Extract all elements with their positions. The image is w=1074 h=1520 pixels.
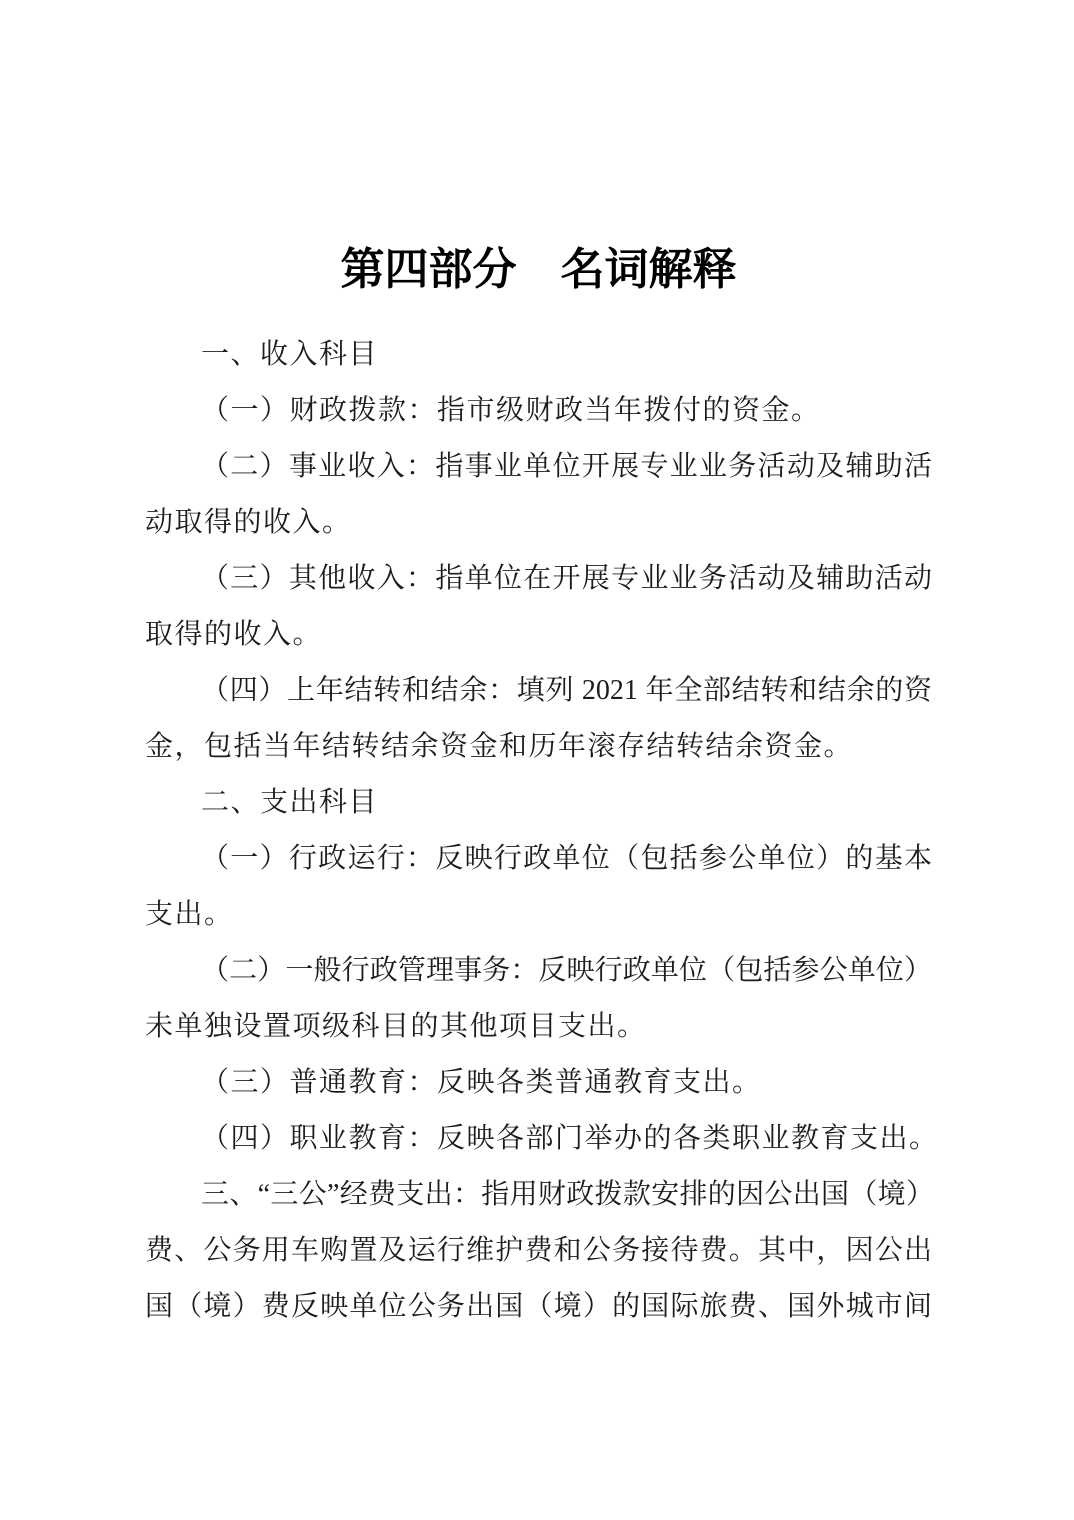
- document-page: 第四部分 名词解释 一、收入科目 （一）财政拨款：指市级财政当年拨付的资金。 （…: [0, 0, 1074, 1520]
- document-title: 第四部分 名词解释: [145, 246, 932, 294]
- document-line: （二）一般行政管理事务：反映行政单位（包括参公单位）: [145, 943, 932, 999]
- document-body: 一、收入科目 （一）财政拨款：指市级财政当年拨付的资金。 （二）事业收入：指事业…: [145, 327, 932, 1335]
- document-line: （二）事业收入：指事业单位开展专业业务活动及辅助活: [145, 439, 932, 495]
- document-line: （一）行政运行：反映行政单位（包括参公单位）的基本: [145, 831, 932, 887]
- document-line: 金，包括当年结转结余资金和历年滚存结转结余资金。: [145, 719, 932, 775]
- document-line: 一、收入科目: [145, 327, 932, 383]
- document-line: （三）其他收入：指单位在开展专业业务活动及辅助活动: [145, 551, 932, 607]
- document-line: 支出。: [145, 887, 932, 943]
- document-line: 三、“三公”经费支出：指用财政拨款安排的因公出国（境）: [145, 1167, 932, 1223]
- document-line: 二、支出科目: [145, 775, 932, 831]
- document-line: 未单独设置项级科目的其他项目支出。: [145, 999, 932, 1055]
- document-line: （三）普通教育：反映各类普通教育支出。: [145, 1055, 932, 1111]
- document-line: 费、公务用车购置及运行维护费和公务接待费。其中，因公出: [145, 1223, 932, 1279]
- document-line: （四）职业教育：反映各部门举办的各类职业教育支出。: [145, 1111, 932, 1167]
- document-line: 国（境）费反映单位公务出国（境）的国际旅费、国外城市间: [145, 1279, 932, 1335]
- document-line: （一）财政拨款：指市级财政当年拨付的资金。: [145, 383, 932, 439]
- document-line: 取得的收入。: [145, 607, 932, 663]
- document-line: 动取得的收入。: [145, 495, 932, 551]
- document-line: （四）上年结转和结余：填列 2021 年全部结转和结余的资: [145, 663, 932, 719]
